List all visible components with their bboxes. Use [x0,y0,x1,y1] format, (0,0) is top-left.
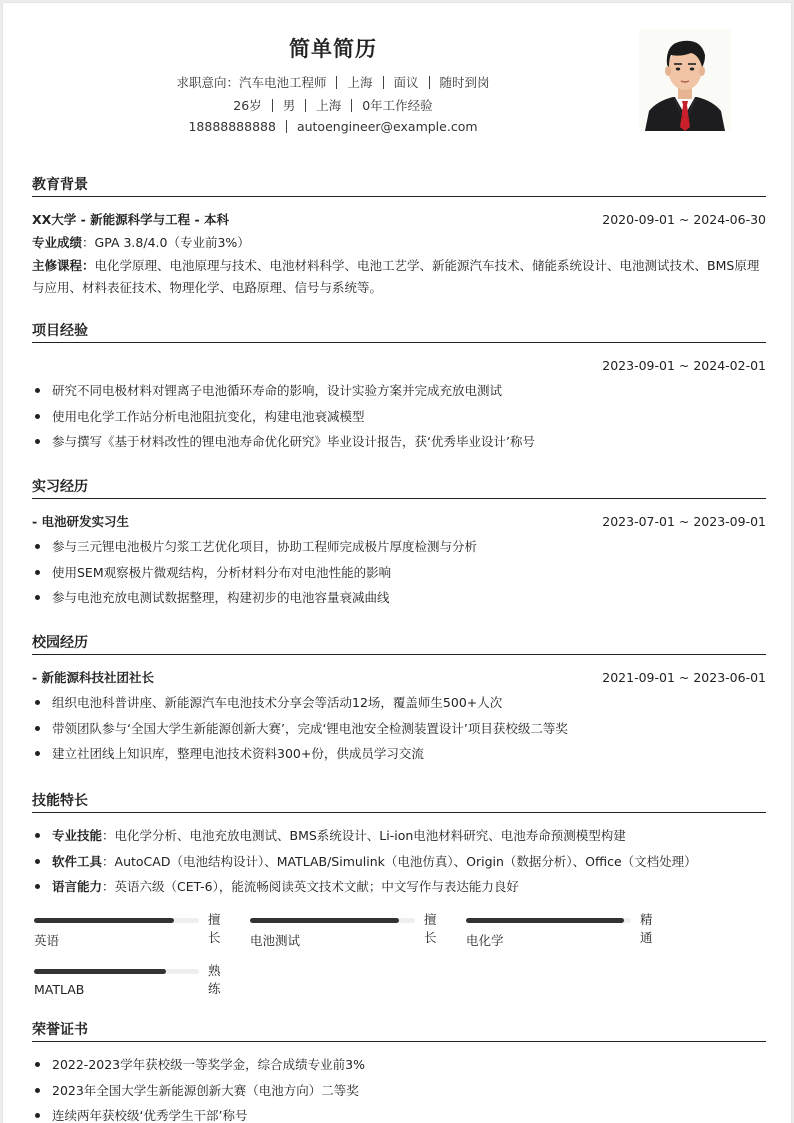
list-item: 组织电池科普讲座、新能源汽车电池技术分享会等活动12场，覆盖师生500+人次 [32,690,766,716]
phone: 18888888888 [188,119,275,134]
list-item: 参与撰写《基于材料改性的锂电池寿命优化研究》毕业设计报告，获‘优秀毕业设计’称号 [32,429,766,455]
list-item: 研究不同电极材料对锂离子电池循环寿命的影响，设计实验方案并完成充放电测试 [32,378,766,404]
skill-fill [466,918,624,923]
list-item: 语言能力：英语六级（CET-6），能流畅阅读英文技术文献；中文写作与表达能力良好 [32,874,766,900]
salary: 面议 [394,75,419,90]
skill-level: 擅长 [208,910,232,946]
divider [351,99,352,112]
skill-level: 擅长 [424,910,448,946]
internship-dates: 2023-07-01 ~ 2023-09-01 [602,509,766,534]
section-title-campus: 校园经历 [32,633,766,655]
divider [383,76,384,89]
skill-name: 英语 [34,931,59,949]
gpa-line: 专业成绩：GPA 3.8/4.0（专业前3%） [32,232,766,255]
gender: 男 [283,98,296,113]
list-item: 连续两年获校级‘优秀学生干部’称号 [32,1103,766,1123]
list-item: 2023年全国大学生新能源创新大赛（电池方向）二等奖 [32,1078,766,1104]
city: 上海 [316,98,341,113]
skill-label: 语言能力 [52,879,102,894]
age: 26岁 [233,98,261,113]
job-intention: 求职意向：汽车电池工程师 [176,75,326,90]
gpa-label: 专业成绩 [32,235,82,250]
skill-name: 电池测试 [250,931,300,949]
skill-level: 熟练 [208,961,232,997]
section-title-projects: 项目经验 [32,321,766,343]
school-degree: XX大学 - 新能源科学与工程 - 本科 [32,212,229,227]
section-title-internship: 实习经历 [32,477,766,499]
divider [272,99,273,112]
skill-fill [34,969,166,974]
list-item: 专业技能：电化学分析、电池充放电测试、BMS系统设计、Li-ion电池材料研究、… [32,823,766,849]
education-dates: 2020-09-01 ~ 2024-06-30 [602,207,766,232]
skill-level: 精通 [640,910,664,946]
campus-dates: 2021-09-01 ~ 2023-06-01 [602,665,766,690]
list-item: 使用电化学工作站分析电池阻抗变化，构建电池衰减模型 [32,404,766,430]
campus-role: - 新能源科技社团社长 [32,670,154,685]
divider [429,76,430,89]
divider [336,76,337,89]
list-item: 参与电池充放电测试数据整理，构建初步的电池容量衰减曲线 [32,585,766,611]
list-item: 软件工具：AutoCAD（电池结构设计）、MATLAB/Simulink（电池仿… [32,849,766,875]
skill-label: 专业技能 [52,828,102,843]
skill-label: 软件工具 [52,854,102,869]
campus-header-row: - 新能源科技社团社长 2021-09-01 ~ 2023-06-01 [32,665,766,690]
skill-bar-matlab: 熟练 MATLAB [32,961,232,1011]
section-internship: 实习经历 - 电池研发实习生 2023-07-01 ~ 2023-09-01 参… [32,477,766,611]
skill-fill [250,918,399,923]
page-title: 简单简历 [3,33,663,63]
skill-track [250,918,415,923]
skill-name: MATLAB [34,982,84,997]
personal-info-line: 26岁男上海0年工作经验 [3,96,663,114]
skill-track [34,918,199,923]
divider [305,99,306,112]
availability: 随时到岗 [440,75,490,90]
list-item: 带领团队参与‘全国大学生新能源创新大赛’，完成‘锂电池安全检测装置设计’项目获校… [32,716,766,742]
skills-bullets: 专业技能：电化学分析、电池充放电测试、BMS系统设计、Li-ion电池材料研究、… [32,823,766,900]
list-item: 建立社团线上知识库，整理电池技术资料300+份，供成员学习交流 [32,741,766,767]
project-bullets: 研究不同电极材料对锂离子电池循环寿命的影响，设计实验方案并完成充放电测试 使用电… [32,378,766,455]
courses-line: 主修课程：电化学原理、电池原理与技术、电池材料科学、电池工艺学、新能源汽车技术、… [32,255,766,300]
email[interactable]: autoengineer@example.com [297,119,478,134]
internship-header-row: - 电池研发实习生 2023-07-01 ~ 2023-09-01 [32,509,766,534]
list-item: 使用SEM观察极片微观结构，分析材料分布对电池性能的影响 [32,560,766,586]
list-item: 2022-2023学年获校级一等奖学金，综合成绩专业前3% [32,1052,766,1078]
skill-fill [34,918,174,923]
internship-role: - 电池研发实习生 [32,514,129,529]
project-dates: 2023-09-01 ~ 2024-02-01 [602,353,766,378]
section-title-education: 教育背景 [32,175,766,197]
section-campus: 校园经历 - 新能源科技社团社长 2021-09-01 ~ 2023-06-01… [32,633,766,767]
skill-bars: 擅长 英语 擅长 电池测试 精通 电化学 熟练 MATLAB [32,908,766,1018]
section-title-skills: 技能特长 [32,791,766,813]
avatar-portrait-icon [639,29,731,131]
skill-track [34,969,199,974]
skill-bar-english: 擅长 英语 [32,910,232,960]
section-education: 教育背景 XX大学 - 新能源科学与工程 - 本科 2020-09-01 ~ 2… [32,175,766,300]
courses-value: 电化学原理、电池原理与技术、电池材料科学、电池工艺学、新能源汽车技术、储能系统设… [32,258,759,296]
gpa-value: GPA 3.8/4.0（专业前3%） [95,235,250,250]
resume-page: 简单简历 求职意向：汽车电池工程师上海面议随时到岗 26岁男上海0年工作经验 1… [2,2,792,1123]
contact-line: 18888888888autoengineer@example.com [3,119,663,134]
honors-bullets: 2022-2023学年获校级一等奖学金，综合成绩专业前3% 2023年全国大学生… [32,1052,766,1123]
job-location: 上海 [347,75,372,90]
section-skills: 技能特长 专业技能：电化学分析、电池充放电测试、BMS系统设计、Li-ion电池… [32,791,766,1018]
section-title-honors: 荣誉证书 [32,1020,766,1042]
skill-value: ：电化学分析、电池充放电测试、BMS系统设计、Li-ion电池材料研究、电池寿命… [102,828,626,843]
skill-value: ：英语六级（CET-6），能流畅阅读英文技术文献；中文写作与表达能力良好 [102,879,519,894]
education-school-row: XX大学 - 新能源科学与工程 - 本科 2020-09-01 ~ 2024-0… [32,207,766,232]
campus-bullets: 组织电池科普讲座、新能源汽车电池技术分享会等活动12场，覆盖师生500+人次 带… [32,690,766,767]
skill-track [466,918,631,923]
skill-bar-electrochemistry: 精通 电化学 [464,910,664,960]
work-experience: 0年工作经验 [362,98,432,113]
job-intention-line: 求职意向：汽车电池工程师上海面议随时到岗 [3,73,663,91]
divider [286,120,287,133]
courses-label: 主修课程 [32,258,82,273]
section-honors: 荣誉证书 2022-2023学年获校级一等奖学金，综合成绩专业前3% 2023年… [32,1020,766,1123]
skill-value: ：AutoCAD（电池结构设计）、MATLAB/Simulink（电池仿真）、O… [102,854,697,869]
skill-bar-battery-testing: 擅长 电池测试 [248,910,448,960]
list-item: 参与三元锂电池极片匀浆工艺优化项目，协助工程师完成极片厚度检测与分析 [32,534,766,560]
section-projects: 项目经验 2023-09-01 ~ 2024-02-01 研究不同电极材料对锂离… [32,321,766,455]
project-header-row: 2023-09-01 ~ 2024-02-01 [32,353,766,378]
skill-name: 电化学 [466,931,504,949]
resume-header: 简单简历 求职意向：汽车电池工程师上海面议随时到岗 26岁男上海0年工作经验 1… [3,3,791,153]
avatar [639,29,731,131]
internship-bullets: 参与三元锂电池极片匀浆工艺优化项目，协助工程师完成极片厚度检测与分析 使用SEM… [32,534,766,611]
